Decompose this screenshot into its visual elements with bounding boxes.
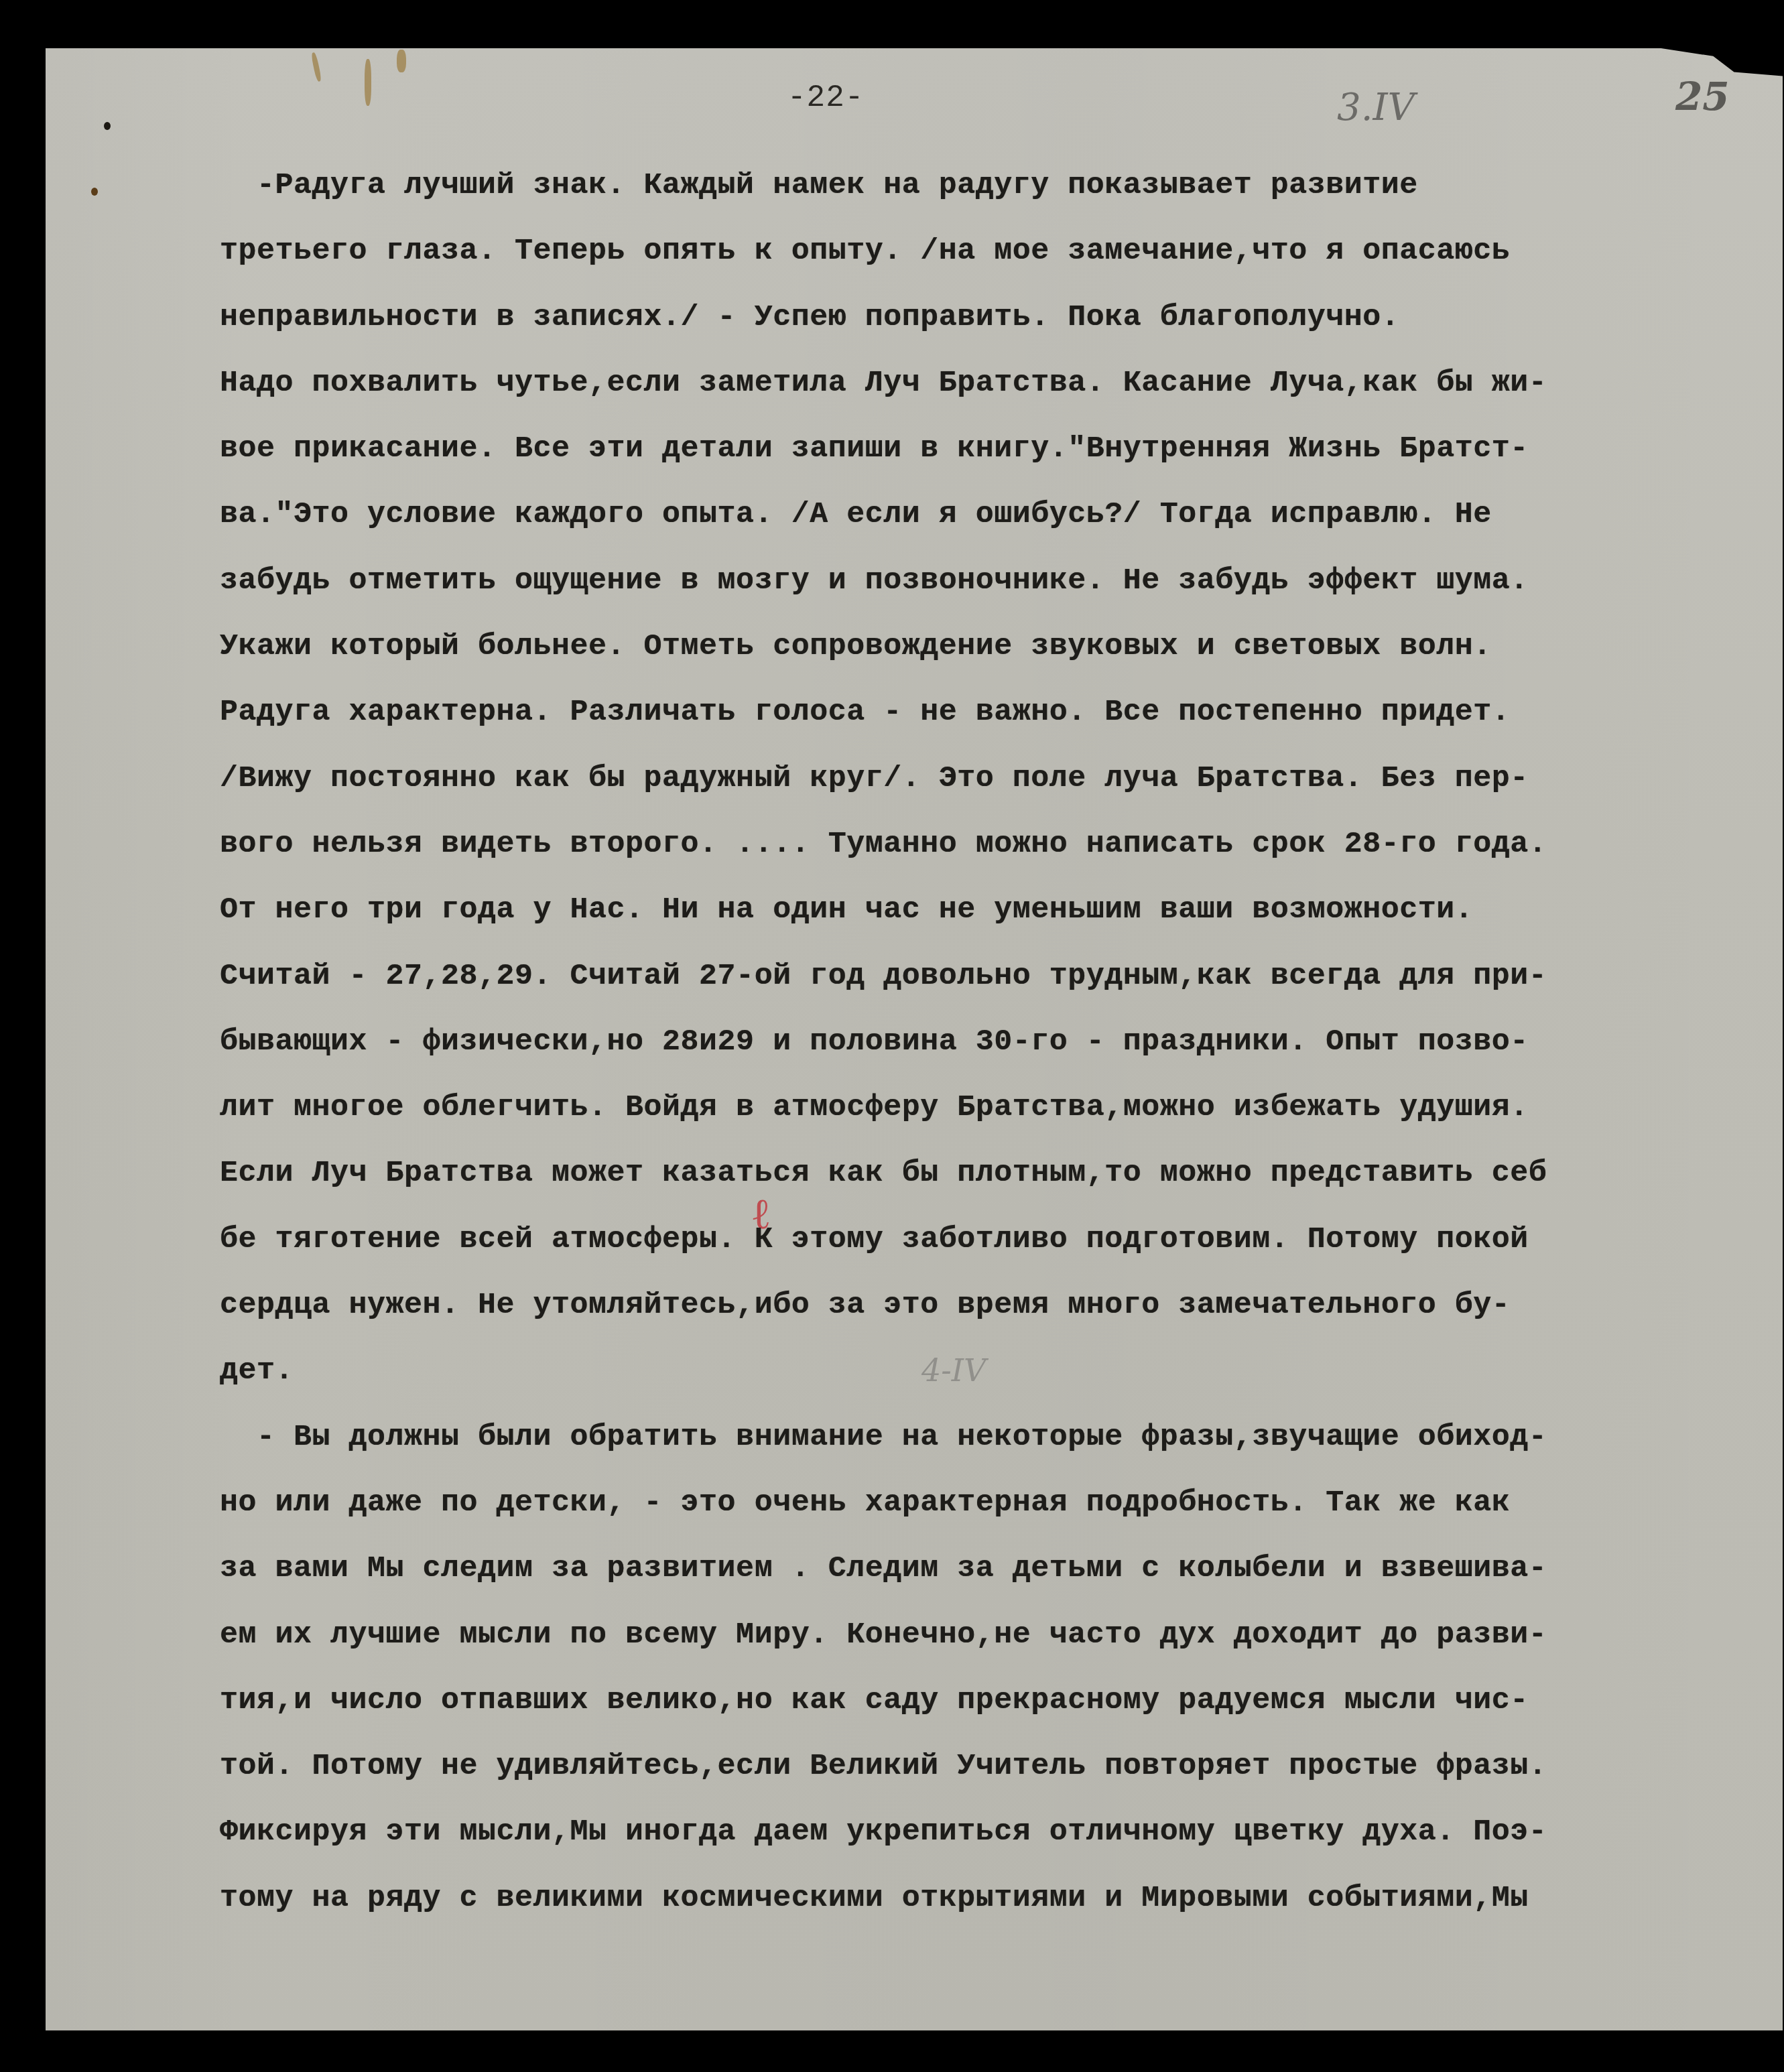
pencil-date-annotation: 3.IV [1337, 86, 1415, 129]
text-line: Считай - 27,28,29. Считай 27-ой год дово… [220, 944, 1681, 1009]
rust-stain [365, 59, 371, 106]
text-line: тия,и число отпавших велико,но как саду … [220, 1668, 1681, 1734]
text-line: Укажи который больнее. Отметь сопровожде… [220, 614, 1681, 679]
rust-stain [397, 50, 406, 72]
folio-number: 25 [1675, 74, 1730, 119]
paragraph-1: -Радуга лучший знак. Каждый намек на рад… [220, 153, 1681, 1405]
text-line: вое прикасание. Все эти детали запиши в … [220, 416, 1681, 482]
text-line: тому на ряду с великими космическими отк… [220, 1866, 1681, 1931]
text-line: той. Потому не удивляйтесь,если Великий … [220, 1734, 1681, 1799]
text-line: за вами Мы следим за развитием . Следим … [220, 1536, 1681, 1602]
text-line: Если Луч Братства может казаться как бы … [220, 1141, 1681, 1206]
text-line: неправильности в записях./ - Успею попра… [220, 285, 1681, 350]
text-line: ва."Это условие каждого опыта. /А если я… [220, 482, 1681, 547]
text-line: но или даже по детски, - это очень харак… [220, 1470, 1681, 1536]
text-line: бе тяготение всей атмосферы. К этому заб… [220, 1207, 1681, 1273]
punch-hole [104, 122, 111, 130]
paragraph-2: - Вы должны были обратить внимание на не… [220, 1405, 1681, 1931]
text-line: /Вижу постоянно как бы радужный круг/. Э… [220, 746, 1681, 812]
text-line: дет. [220, 1338, 1681, 1404]
page-number: -22- [787, 80, 864, 115]
text-line: -Радуга лучший знак. Каждый намек на рад… [220, 153, 1681, 218]
text-line: - Вы должны были обратить внимание на не… [220, 1405, 1681, 1470]
text-line: Радуга характерна. Различать голоса - не… [220, 679, 1681, 745]
text-line: Фиксируя эти мысли,Мы иногда даем укрепи… [220, 1799, 1681, 1865]
text-line: От него три года у Нас. Ни на один час н… [220, 877, 1681, 943]
text-line: лит многое облегчить. Войдя в атмосферу … [220, 1075, 1681, 1141]
text-line: вого нельзя видеть второго. .... Туманно… [220, 812, 1681, 877]
text-line: забудь отметить ощущение в мозгу и позво… [220, 548, 1681, 614]
text-line: третьего глаза. Теперь опять к опыту. /н… [220, 218, 1681, 284]
typed-body: -Радуга лучший знак. Каждый намек на рад… [220, 153, 1681, 1931]
text-line: ем их лучшие мысли по всему Миру. Конечн… [220, 1602, 1681, 1668]
text-line: сердца нужен. Не утомляйтесь,ибо за это … [220, 1273, 1681, 1338]
punch-hole [91, 188, 98, 196]
text-line: Надо похвалить чутье,если заметила Луч Б… [220, 350, 1681, 416]
text-line: бывающих - физически,но 28и29 и половина… [220, 1009, 1681, 1075]
